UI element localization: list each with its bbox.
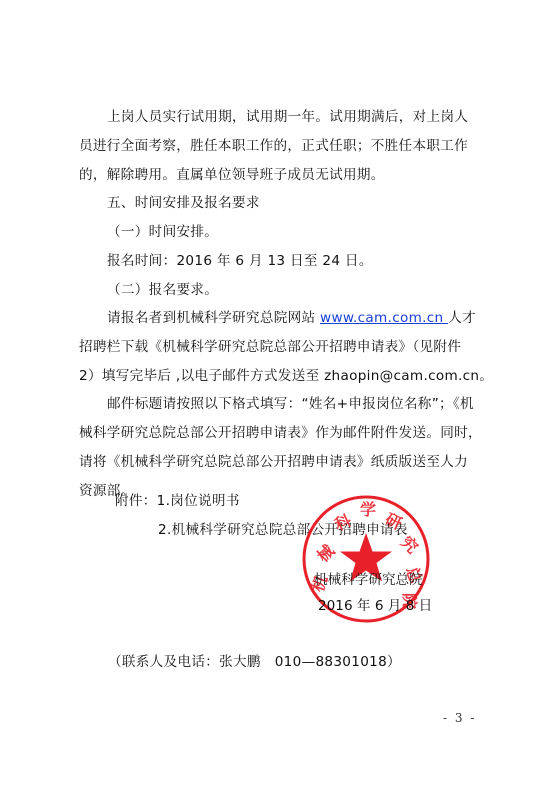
subheading-time-schedule: （一）时间安排。 xyxy=(107,222,517,242)
apply-text-pre: 请报名者到机械科学研究总院网站 xyxy=(107,310,320,326)
paragraph-apply-line3: 2）填写完毕后 ,以电子邮件方式发送至 zhaopin@cam.com.cn。 xyxy=(79,366,489,386)
paragraph-apply-line1: 请报名者到机械科学研究总院网站 www.cam.com.cn 人才 xyxy=(107,308,517,328)
signature-date: 2016 年 6 月 8 日 xyxy=(318,596,432,616)
section-heading-schedule: 五、时间安排及报名要求 xyxy=(107,193,517,213)
website-link[interactable]: www.cam.com.cn xyxy=(320,310,448,326)
paragraph-apply-line2: 招聘栏下载《机械科学研究总院总部公开招聘申请表》（见附件 xyxy=(79,337,489,357)
signature-organization: 机械科学研究总院 xyxy=(314,570,423,590)
svg-text:械: 械 xyxy=(313,540,338,565)
paragraph-email-line1: 邮件标题请按照以下格式填写：“姓名+申报岗位名称”；《机 xyxy=(107,394,517,414)
paragraph-probation-line2: 员进行全面考察，胜任本职工作的，正式任职；不胜任本职工作 xyxy=(79,136,489,156)
paragraph-probation-line3: 的，解除聘用。直属单位领导班子成员无试用期。 xyxy=(79,165,489,185)
paragraph-email-line3: 请将《机械科学研究总院总部公开招聘申请表》纸质版送至人力 xyxy=(79,452,489,472)
page-number: - 3 - xyxy=(443,711,476,725)
apply-text-post: 人才 xyxy=(448,310,476,326)
contact-info: （联系人及电话：张大鹏 010—88301018） xyxy=(108,652,518,672)
paragraph-email-line2: 械科学研究总院总部公开招聘申请表》作为邮件附件发送。同时， xyxy=(79,423,489,443)
attachment-item-2: 2.机械科学研究总院总部公开招聘申请表 xyxy=(158,520,558,540)
registration-time: 报名时间：2016 年 6 月 13 日至 24 日。 xyxy=(107,251,517,271)
subheading-registration-requirements: （二）报名要求。 xyxy=(107,280,517,300)
paragraph-probation-line1: 上岗人员实行试用期，试用期一年。试用期满后，对上岗人 xyxy=(107,107,517,127)
attachment-item-1: 附件：1.岗位说明书 xyxy=(115,491,525,511)
